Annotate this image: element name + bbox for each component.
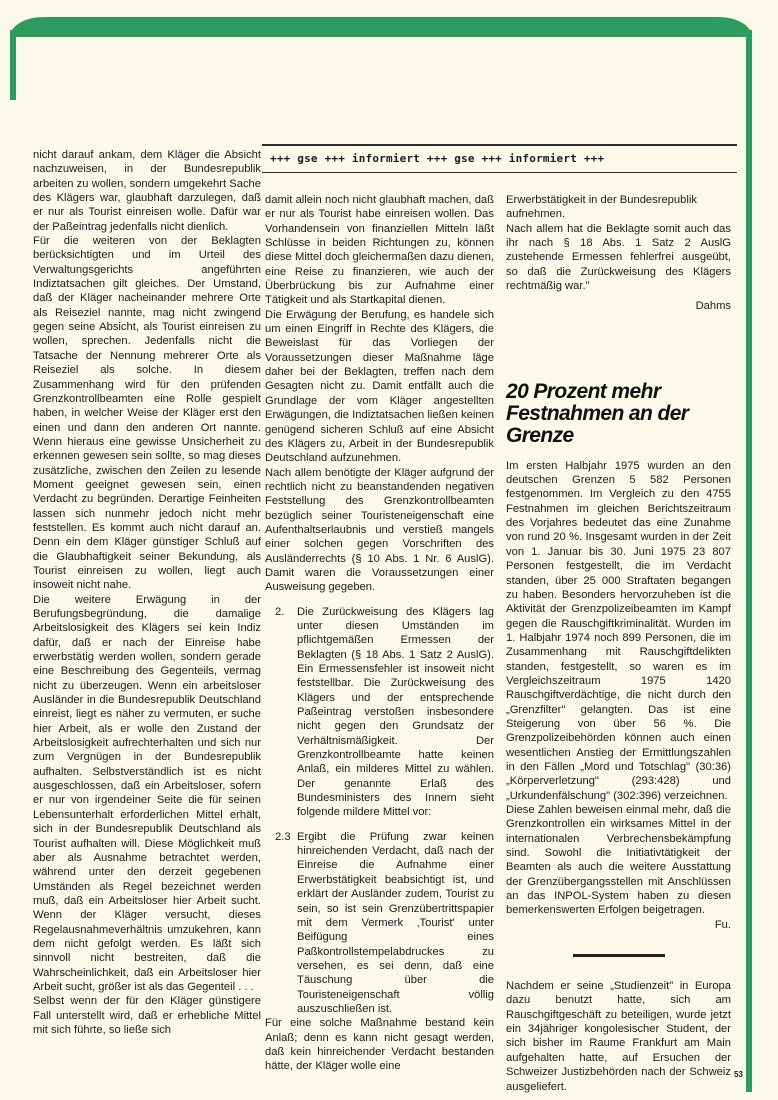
item-text: Die Zurückweisung des Klägers lag unter … [297, 605, 494, 820]
page-number: 53 [734, 1070, 743, 1079]
banner-bottom-rule [262, 172, 737, 173]
green-frame-top [10, 17, 752, 37]
numbered-item-2-3: 2.3 Ergibt die Prüfung zwar keinen hinre… [265, 830, 494, 1016]
paragraph: Diese Zahlen beweisen einmal mehr, daß d… [506, 803, 731, 918]
paragraph: Nach allem hat die Beklagte somit auch d… [506, 222, 731, 294]
paragraph: Die weitere Erwägung in der Berufungsbeg… [33, 593, 261, 995]
gse-banner: +++ gse +++ informiert +++ gse +++ infor… [262, 144, 737, 173]
section-divider [573, 954, 665, 957]
numbered-item-2: 2. Die Zurückweisung des Klägers lag unt… [265, 605, 494, 820]
signature-fu: Fu. [506, 918, 731, 932]
frame-inner [16, 37, 746, 117]
paragraph: Nach allem benötigte der Kläger aufgrund… [265, 466, 494, 595]
paragraph: Für die weiteren von der Beklagten berüc… [33, 234, 261, 593]
column-2: damit allein noch nicht glaubhaft machen… [265, 193, 494, 1074]
column-3: Erwerbstätigkeit in der Bundesrepublik a… [506, 193, 731, 1094]
item-number: 2. [275, 605, 297, 820]
paragraph: Im ersten Halbjahr 1975 wurden an den de… [506, 459, 731, 803]
banner-text: +++ gse +++ informiert +++ gse +++ infor… [262, 146, 737, 172]
paragraph: Erwerbstätigkeit in der Bundesrepublik a… [506, 193, 731, 222]
green-frame-left [10, 30, 16, 100]
column-1: nicht darauf ankam, dem Kläger die Absic… [33, 148, 261, 1037]
short-news: Nachdem er seine „Studienzeit" in Europa… [506, 979, 731, 1094]
paragraph: Die Erwägung der Berufung, es handele si… [265, 308, 494, 466]
green-frame-right [746, 30, 752, 1092]
item-text: Ergibt die Prüfung zwar keinen hinreiche… [297, 830, 494, 1016]
paragraph: nicht darauf ankam, dem Kläger die Absic… [33, 148, 261, 234]
paragraph: Für eine solche Maßnahme bestand kein An… [265, 1016, 494, 1073]
signature-dahms: Dahms [506, 299, 731, 313]
item-number: 2.3 [275, 830, 297, 1016]
article-headline: 20 Prozent mehr Festnahmen an der Grenze [506, 381, 731, 447]
paragraph: Selbst wenn der für den Kläger günstiger… [33, 994, 261, 1037]
paragraph: damit allein noch nicht glaubhaft machen… [265, 193, 494, 308]
